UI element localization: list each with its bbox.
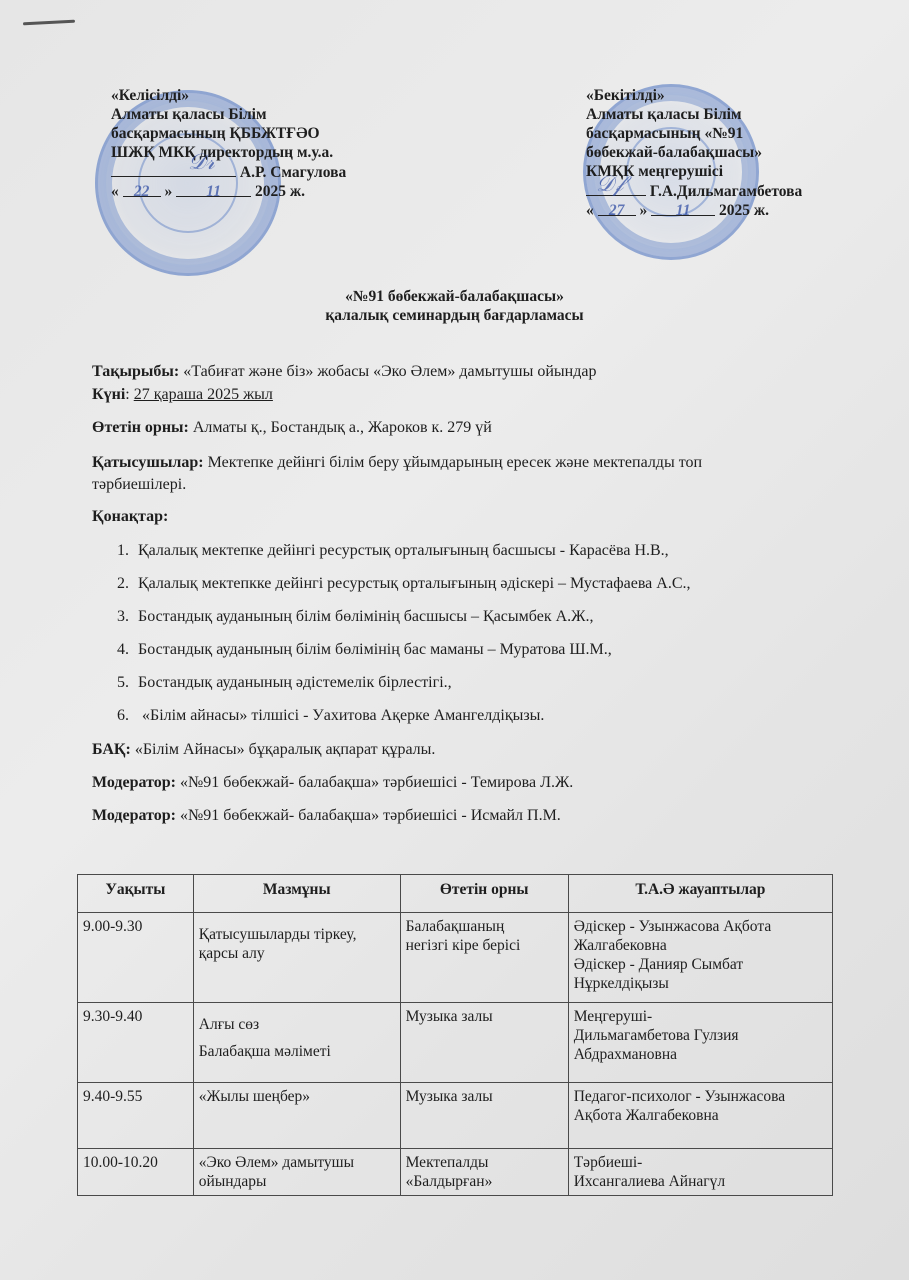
cell-content: Алғы сөзБалабақша мәліметі	[193, 1003, 400, 1083]
participants-label: Қатысушылар:	[92, 454, 204, 471]
venue-row: Өтетін орны: Алматы қ., Бостандық а., Жа…	[92, 419, 492, 437]
media-label: БАҚ:	[92, 741, 131, 758]
approval-month: 11	[651, 201, 715, 216]
venue-label: Өтетін орны:	[92, 419, 189, 436]
approval-line: ШЖҚ МКҚ директордың м.у.а.	[111, 143, 346, 162]
table-row: 9.00-9.30 Қатысушыларды тіркеу,қарсы алу…	[78, 913, 833, 1003]
cell-time: 10.00-10.20	[78, 1149, 194, 1196]
topic-label: Тақырыбы:	[92, 363, 179, 380]
cell-place: Мектепалды«Балдырған»	[400, 1149, 568, 1196]
header-responsible: Т.А.Ә жауаптылар	[568, 875, 832, 913]
signature-mark-left: 𝒟𝓇	[188, 150, 215, 175]
date-row: Күні: 27 қараша 2025 жыл	[92, 386, 273, 404]
cell-content: Қатысушыларды тіркеу,қарсы алу	[193, 913, 400, 1003]
moderator-row: Модератор: «№91 бөбекжай- балабақша» тәр…	[92, 774, 573, 792]
approval-heading: «Келісілді»	[111, 86, 346, 105]
approval-day: 22	[123, 182, 161, 197]
approval-approved-block: «Бекітілді» Алматы қаласы Білім басқарма…	[586, 86, 802, 220]
guests-heading: Қонақтар:	[92, 508, 168, 526]
program-table: Уақыты Мазмұны Өтетін орны Т.А.Ә жауапты…	[77, 874, 833, 1196]
guest-list-item: 5.Бостандық ауданының әдістемелік бірлес…	[100, 674, 452, 692]
approval-agreed-block: «Келісілді» Алматы қаласы Білім басқарма…	[111, 86, 346, 201]
signature-mark-right: 𝒟𝒻	[596, 172, 623, 197]
approval-line: басқармасының «№91	[586, 124, 802, 143]
topic-value: «Табиғат және біз» жобасы «Эко Әлем» дам…	[179, 363, 596, 380]
media-value: «Білім Айнасы» бұқаралық ақпарат құралы.	[131, 741, 436, 758]
date-value: 27 қараша 2025 жыл	[134, 386, 273, 403]
cell-time: 9.40-9.55	[78, 1083, 194, 1149]
table-row: 10.00-10.20 «Эко Әлем» дамытушыойындары …	[78, 1149, 833, 1196]
topic-row: Тақырыбы: «Табиғат және біз» жобасы «Эко…	[92, 363, 596, 381]
cell-content: «Жылы шеңбер»	[193, 1083, 400, 1149]
cell-place: Музыка залы	[400, 1003, 568, 1083]
guest-list-item: 6. «Білім айнасы» тілшісі - Уахитова Ақе…	[100, 707, 544, 725]
cell-place: Музыка залы	[400, 1083, 568, 1149]
document-title: «№91 бөбекжай-балабақшасы» қалалық семин…	[0, 287, 909, 325]
cell-content: «Эко Әлем» дамытушыойындары	[193, 1149, 400, 1196]
title-line-1: «№91 бөбекжай-балабақшасы»	[0, 287, 909, 306]
cell-responsible: Меңгеруші-Дильмагамбетова ГулзияАбдрахма…	[568, 1003, 832, 1083]
table-row: 9.30-9.40 Алғы сөзБалабақша мәліметі Муз…	[78, 1003, 833, 1083]
guest-list-item: 3.Бостандық ауданының білім бөлімінің ба…	[100, 608, 593, 626]
guest-list-item: 2.Қалалық мектепкке дейінгі ресурстық ор…	[100, 575, 690, 593]
title-line-2: қалалық семинардың бағдарламасы	[0, 306, 909, 325]
cell-responsible: Тәрбиеші-Ихсангалиева Айнагүл	[568, 1149, 832, 1196]
approval-line: басқармасының ҚББЖТҒӘО	[111, 124, 346, 143]
header-time: Уақыты	[78, 875, 194, 913]
approval-day: 27	[598, 201, 636, 216]
date-label: Күні	[92, 386, 125, 403]
header-content: Мазмұны	[193, 875, 400, 913]
venue-value: Алматы қ., Бостандық а., Жароков к. 279 …	[189, 419, 492, 436]
cell-responsible: Педагог-психолог - УзынжасоваАқбота Жалг…	[568, 1083, 832, 1149]
approval-year: 2025 ж.	[719, 202, 769, 219]
signer-name: Г.А.Дильмагамбетова	[650, 183, 802, 200]
pencil-mark	[23, 20, 75, 26]
approval-line: бөбекжай-балабақшасы»	[586, 143, 802, 162]
media-row: БАҚ: «Білім Айнасы» бұқаралық ақпарат құ…	[92, 741, 435, 759]
approval-line: Алматы қаласы Білім	[111, 105, 346, 124]
approval-year: 2025 ж.	[255, 183, 305, 200]
table-header-row: Уақыты Мазмұны Өтетін орны Т.А.Ә жауапты…	[78, 875, 833, 913]
cell-time: 9.30-9.40	[78, 1003, 194, 1083]
cell-time: 9.00-9.30	[78, 913, 194, 1003]
signer-name: А.Р. Смагулова	[240, 164, 346, 181]
header-place: Өтетін орны	[400, 875, 568, 913]
cell-place: Балабақшаныңнегізгі кіре берісі	[400, 913, 568, 1003]
guest-list-item: 1.Қалалық мектепке дейінгі ресурстық орт…	[100, 542, 669, 560]
approval-heading: «Бекітілді»	[586, 86, 802, 105]
approval-line: Алматы қаласы Білім	[586, 105, 802, 124]
approval-month: 11	[176, 182, 251, 197]
table-row: 9.40-9.55 «Жылы шеңбер» Музыка залы Педа…	[78, 1083, 833, 1149]
cell-responsible: Әдіскер - Узынжасова АқботаЖалгабековнаӘ…	[568, 913, 832, 1003]
moderator-row: Модератор: «№91 бөбекжай- балабақша» тәр…	[92, 807, 561, 825]
signature-line	[111, 162, 236, 177]
participants-row: Қатысушылар: Мектепке дейінгі білім беру…	[92, 452, 792, 496]
guest-list-item: 4.Бостандық ауданының білім бөлімінің ба…	[100, 641, 612, 659]
